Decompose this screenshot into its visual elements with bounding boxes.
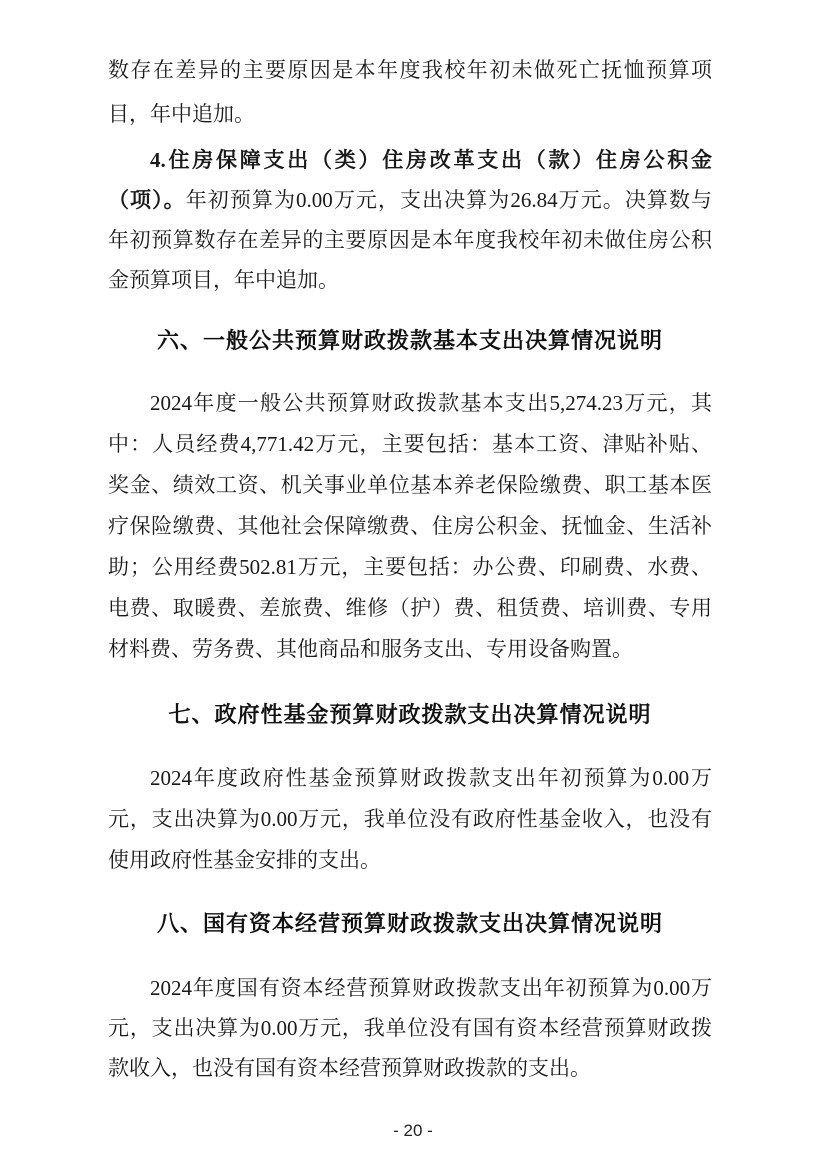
text-line: 2024年度政府性基金预算财政拨款支出年初预算为0.00万: [108, 758, 712, 799]
text-line: 材料费、劳务费、其他商品和服务支出、专用设备购置。: [108, 629, 712, 670]
text-line: 金预算项目，年中追加。: [108, 260, 712, 300]
item4-bold-tail: （项）。: [108, 188, 186, 212]
paragraph-death-benefit-continued: 数存在差异的主要原因是本年度我校年初未做死亡抚恤预算项 目，年中追加。: [108, 48, 712, 136]
text-line: 元，支出决算为0.00万元，我单位没有政府性基金收入，也没有: [108, 799, 712, 840]
page-number: - 20 -: [0, 1120, 826, 1142]
text-line: 目，年中追加。: [108, 92, 712, 136]
section-heading-7: 七、政府性基金预算财政拨款支出决算情况说明: [108, 698, 712, 732]
paragraph-section6-basic-expenditure: 2024年度一般公共预算财政拨款基本支出5,274.23万元，其中：人员经费4,…: [108, 383, 712, 670]
text-line: 使用政府性基金安排的支出。: [108, 840, 712, 881]
text-line: 元，支出决算为0.00万元，我单位没有国有资本经营预算财政拨: [108, 1008, 712, 1048]
paragraph-item4-housing-fund: 4.住房保障支出（类）住房改革支出（款）住房公积金 （项）。年初预算为0.00万…: [108, 140, 712, 300]
text-line: 2024年度国有资本经营预算财政拨款支出年初预算为0.00万: [108, 968, 712, 1008]
text-line: 助；公用经费502.81万元，主要包括：办公费、印刷费、水费、: [108, 547, 712, 588]
text-line: 疗保险缴费、其他社会保障缴费、住房公积金、抚恤金、生活补: [108, 506, 712, 547]
text-line: 年初预算数存在差异的主要原因是本年度我校年初未做住房公积: [108, 220, 712, 260]
text-line: 奖金、绩效工资、机关事业单位基本养老保险缴费、职工基本医: [108, 465, 712, 506]
text-line: 数存在差异的主要原因是本年度我校年初未做死亡抚恤预算项: [108, 48, 712, 92]
text-line: 款收入，也没有国有资本经营预算财政拨款的支出。: [108, 1048, 712, 1088]
text-line: 中：人员经费4,771.42万元，主要包括：基本工资、津贴补贴、: [108, 424, 712, 465]
item4-regular-text: 年初预算为0.00万元，支出决算为26.84万元。决算数与: [186, 188, 712, 212]
item4-bold-heading-line: 4.住房保障支出（类）住房改革支出（款）住房公积金: [108, 140, 712, 180]
section-heading-8: 八、国有资本经营预算财政拨款支出决算情况说明: [108, 907, 712, 941]
item4-mixed-line: （项）。年初预算为0.00万元，支出决算为26.84万元。决算数与: [108, 180, 712, 220]
paragraph-section7-government-fund: 2024年度政府性基金预算财政拨款支出年初预算为0.00万元，支出决算为0.00…: [108, 758, 712, 881]
document-page: 数存在差异的主要原因是本年度我校年初未做死亡抚恤预算项 目，年中追加。 4.住房…: [0, 0, 826, 1169]
text-line: 电费、取暖费、差旅费、维修（护）费、租赁费、培训费、专用: [108, 588, 712, 629]
section-heading-6: 六、一般公共预算财政拨款基本支出决算情况说明: [108, 324, 712, 358]
paragraph-section8-state-capital: 2024年度国有资本经营预算财政拨款支出年初预算为0.00万元，支出决算为0.0…: [108, 968, 712, 1088]
text-line: 2024年度一般公共预算财政拨款基本支出5,274.23万元，其: [108, 383, 712, 424]
